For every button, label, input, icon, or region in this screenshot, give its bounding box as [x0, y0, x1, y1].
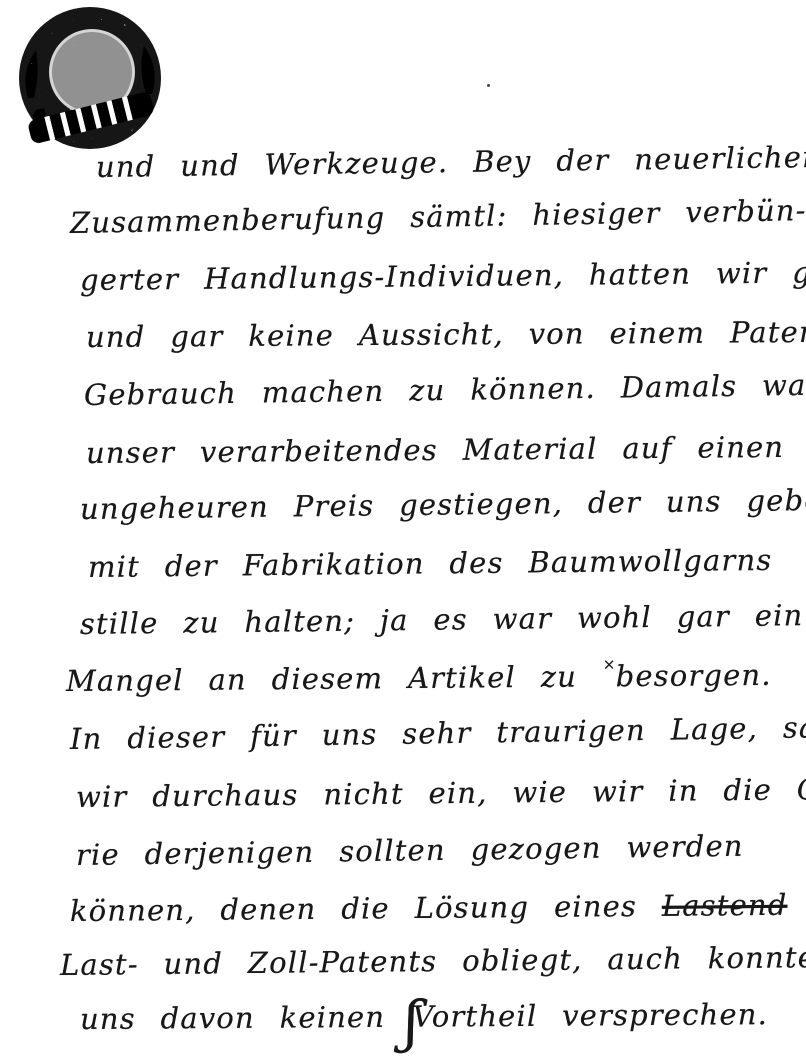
line-text: und gar keine Aussicht, von einem Patent… — [86, 315, 806, 354]
line-text: können, denen die Lösung eines — [70, 889, 662, 928]
line-text: mit der Fabrikation des Baumwollgarns — [88, 543, 773, 584]
line-text: gerter Handlungs-Individuen, hatten wir … — [80, 255, 806, 297]
line-text: Last- und Zoll-Patents obliegt, auch kon… — [60, 939, 806, 982]
manuscript-line-14: können, denen die Lösung eines Lastend u… — [70, 887, 806, 939]
line-text: Zusammenberufung sämtl: hiesiger verbün- — [70, 193, 806, 240]
manuscript-line-3: gerter Handlungs-Individuen, hatten wir … — [80, 255, 806, 297]
manuscript-line-15: Last- und Zoll-Patents obliegt, auch kon… — [60, 939, 806, 982]
manuscript-line-1: und und Werkzeuge. Bey der neuerlichen — [96, 140, 806, 184]
insertion-mark: × — [603, 655, 617, 673]
line-text: rie derjenigen sollten gezogen werden — [76, 829, 744, 872]
line-text: stille zu halten; ja es war wohl gar ein… — [80, 597, 806, 641]
line-text-after: besorgen. — [616, 658, 772, 693]
manuscript-line-10: Mangel an diesem Artikel zu ×besorgen. — [66, 658, 772, 698]
manuscript-line-5: Gebrauch machen zu können. Damals war — [84, 368, 806, 412]
manuscript-line-13: rie derjenigen sollten gezogen werden — [76, 829, 744, 872]
manuscript-line-9: stille zu halten; ja es war wohl gar ein… — [80, 597, 806, 652]
manuscript-line-12: wir durchaus nicht ein, wie wir in die C… — [76, 771, 806, 814]
manuscript-line-2: Zusammenberufung sämtl: hiesiger verbün- — [70, 193, 806, 240]
manuscript-line-7: ungeheuren Preis gestiegen, der uns gebo… — [80, 483, 806, 526]
manuscript-page: und und Werkzeuge. Bey der neuerlichen Z… — [0, 0, 806, 1063]
line-text: und und Werkzeuge. Bey der neuerlichen — [96, 140, 806, 184]
line-text: Mangel an diesem Artikel zu — [66, 659, 602, 698]
line-text-after: und — [787, 907, 806, 933]
manuscript-line-4: und gar keine Aussicht, von einem Patent… — [86, 315, 806, 354]
manuscript-line-11: In dieser für uns sehr traurigen Lage, s… — [70, 709, 806, 756]
manuscript-line-16: uns davon keinen ʃVortheil versprechen. — [80, 997, 768, 1036]
line-text: wir durchaus nicht ein, wie wir in die C… — [76, 771, 806, 814]
seal-graphic — [6, 2, 178, 164]
line-text: Gebrauch machen zu können. Damals war — [84, 368, 806, 412]
line-text-after: Vortheil versprechen. — [412, 997, 768, 1033]
strikethrough-word: Lastend — [662, 888, 788, 923]
ink-speck — [487, 84, 490, 87]
ink-seal-stamp — [6, 2, 178, 164]
manuscript-line-8: mit der Fabrikation des Baumwollgarns — [88, 543, 773, 584]
line-text: uns davon keinen — [80, 1000, 410, 1036]
manuscript-line-6: unser verarbeitendes Material auf einen — [86, 430, 784, 470]
line-text: In dieser für uns sehr traurigen Lage, s… — [70, 709, 806, 756]
line-text: unser verarbeitendes Material auf einen — [86, 430, 784, 470]
line-text: ungeheuren Preis gestiegen, der uns gebo… — [80, 483, 806, 526]
